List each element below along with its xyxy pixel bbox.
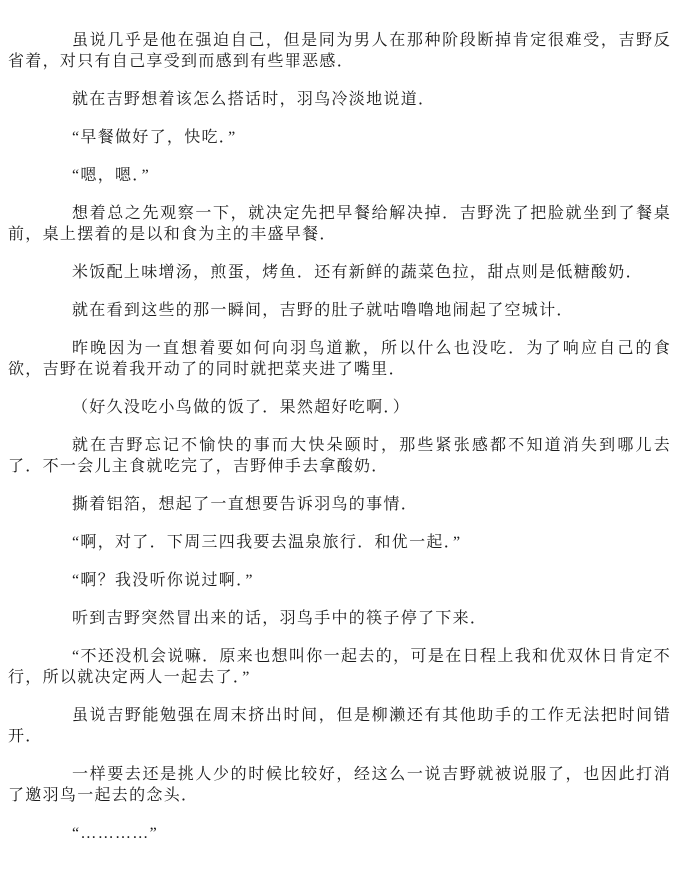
paragraph-dialogue: “…………” (8, 823, 671, 844)
paragraph: 虽说几乎是他在强迫自己，但是同为男人在那种阶段断掉肯定很难受，吉野反省着，对只有… (8, 30, 671, 72)
paragraph: 听到吉野突然冒出来的话，羽鸟手中的筷子停了下来． (8, 608, 671, 629)
paragraph: 想着总之先观察一下，就决定先把早餐给解决掉．吉野洗了把脸就坐到了餐桌前，桌上摆着… (8, 203, 671, 245)
paragraph: 撕着铝箔，想起了一直想要告诉羽鸟的事情． (8, 494, 671, 515)
paragraph: 米饭配上味增汤，煎蛋，烤鱼．还有新鲜的蔬菜色拉，甜点则是低糖酸奶． (8, 262, 671, 283)
paragraph-dialogue: “啊，对了．下周三四我要去温泉旅行．和优一起．” (8, 532, 671, 553)
paragraph-dialogue: “嗯，嗯．” (8, 165, 671, 186)
document-page: 虽说几乎是他在强迫自己，但是同为男人在那种阶段断掉肯定很难受，吉野反省着，对只有… (0, 0, 680, 880)
paragraph-inner-thought: （好久没吃小鸟做的饭了．果然超好吃啊．） (8, 397, 671, 418)
paragraph: 就在看到这些的那一瞬间，吉野的肚子就咕噜噜地闹起了空城计． (8, 300, 671, 321)
paragraph: 昨晚因为一直想着要如何向羽鸟道歉，所以什么也没吃．为了响应自己的食欲，吉野在说着… (8, 338, 671, 380)
paragraph: 就在吉野忘记不愉快的事而大快朵颐时，那些紧张感都不知道消失到哪儿去了．不一会儿主… (8, 435, 671, 477)
paragraph: 就在吉野想着该怎么搭话时，羽鸟冷淡地说道． (8, 89, 671, 110)
paragraph: 虽说吉野能勉强在周末挤出时间，但是柳濑还有其他助手的工作无法把时间错开． (8, 705, 671, 747)
paragraph-dialogue: “不还没机会说嘛．原来也想叫你一起去的，可是在日程上我和优双休日肯定不行，所以就… (8, 646, 671, 688)
paragraph-dialogue: “早餐做好了，快吃．” (8, 127, 671, 148)
paragraph-dialogue: “啊？我没听你说过啊．” (8, 570, 671, 591)
paragraph: 一样要去还是挑人少的时候比较好，经这么一说吉野就被说服了，也因此打消了邀羽鸟一起… (8, 764, 671, 806)
